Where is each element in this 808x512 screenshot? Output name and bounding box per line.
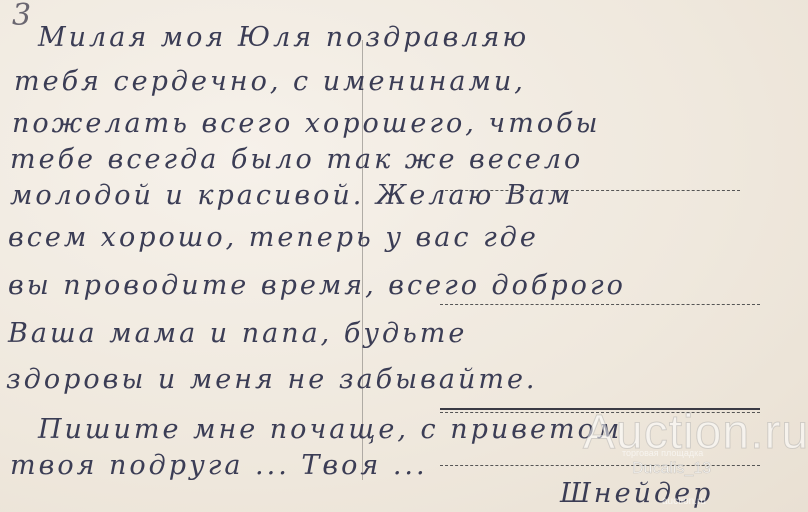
- handwritten-line: Милая моя Юля поздравляю: [38, 22, 529, 53]
- handwritten-line: вы проводите время, всего доброго: [8, 270, 626, 301]
- handwritten-line: тебе всегда было так же весело: [10, 144, 583, 175]
- address-line: [440, 304, 760, 305]
- handwritten-line: Ваша мама и папа, будьте: [8, 318, 467, 349]
- handwritten-line: здоровы и меня не забывайте.: [6, 364, 538, 395]
- handwritten-line: Пишите мне почаще, с приветом: [38, 414, 622, 445]
- handwritten-line: тебя сердечно, с именинами,: [14, 66, 526, 97]
- handwritten-line: всем хорошо, теперь у вас где: [8, 222, 539, 253]
- handwritten-line: твоя подруга ... Твоя ...: [10, 450, 428, 481]
- postcard-back: 3 Милая моя Юля поздравляю тебя сердечно…: [0, 0, 808, 512]
- watermark-seller: Ducalis_13: [632, 460, 711, 478]
- watermark-url: auction.ru: [662, 496, 706, 507]
- handwritten-line: пожелать всего хорошего, чтобы: [12, 108, 601, 139]
- address-line: [440, 465, 760, 466]
- page-number: 3: [12, 0, 31, 33]
- handwritten-line: молодой и красивой. Желаю Вам: [10, 180, 573, 211]
- watermark-tagline: торговая площадка: [622, 448, 703, 458]
